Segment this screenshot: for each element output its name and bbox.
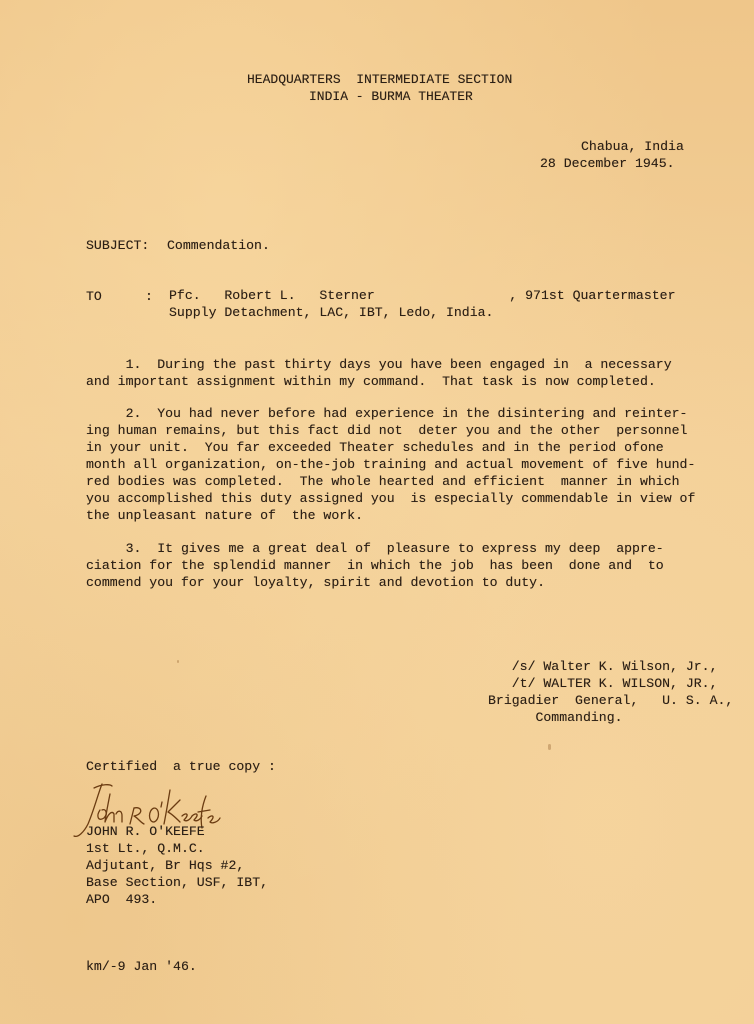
certifier-position: Adjutant, Br Hqs #2,: [86, 858, 244, 875]
certifier-apo: APO 493.: [86, 892, 157, 909]
letter-place: Chabua, India: [581, 139, 684, 156]
paragraph-3-line-2: ciation for the splendid manner in which…: [86, 558, 664, 575]
paragraph-1-line-1: 1. During the past thirty days you have …: [86, 357, 672, 374]
letterhead-line-2: INDIA - BURMA THEATER: [309, 89, 473, 106]
paragraph-2-line-5: red bodies was completed. The whole hear…: [86, 474, 680, 491]
to-address-line-2: Supply Detachment, LAC, IBT, Ledo, India…: [169, 305, 493, 322]
signature-block-line-1: /s/ Walter K. Wilson, Jr.,: [488, 659, 718, 676]
signature-block-line-2: /t/ WALTER K. WILSON, JR.,: [488, 676, 718, 693]
letter-page: HEADQUARTERS INTERMEDIATE SECTION INDIA …: [0, 0, 754, 1024]
certifier-name: JOHN R. O'KEEFE: [86, 824, 205, 841]
paragraph-1-line-2: and important assignment within my comma…: [86, 374, 656, 391]
to-colon: :: [145, 289, 153, 306]
certifier-section: Base Section, USF, IBT,: [86, 875, 268, 892]
paper-mark: [548, 744, 551, 750]
signature-block-line-4: Commanding.: [488, 710, 623, 727]
paragraph-2-line-7: the unpleasant nature of the work.: [86, 508, 363, 525]
subject-value: Commendation.: [167, 238, 270, 255]
paragraph-2-line-3: in your unit. You far exceeded Theater s…: [86, 440, 664, 457]
letter-date: 28 December 1945.: [540, 156, 675, 173]
paragraph-3-line-1: 3. It gives me a great deal of pleasure …: [86, 541, 664, 558]
paragraph-2-line-4: month all organization, on-the-job train…: [86, 457, 695, 474]
to-label: TO: [86, 289, 102, 306]
letterhead-line-1: HEADQUARTERS INTERMEDIATE SECTION: [247, 72, 512, 89]
certifier-rank: 1st Lt., Q.M.C.: [86, 841, 205, 858]
subject-label: SUBJECT:: [86, 238, 149, 255]
signature-block-line-3: Brigadier General, U. S. A.,: [488, 693, 733, 710]
certified-copy-label: Certified a true copy :: [86, 759, 276, 776]
footer-reference: km/-9 Jan '46.: [86, 959, 197, 976]
paragraph-2-line-1: 2. You had never before had experience i…: [86, 406, 687, 423]
paragraph-2-line-6: you accomplished this duty assigned you …: [86, 491, 695, 508]
to-address-line-1: Pfc. Robert L. Sterner , 971st Quarterma…: [169, 288, 675, 305]
paragraph-2-line-2: ing human remains, but this fact did not…: [86, 423, 687, 440]
paper-mark: [177, 660, 179, 663]
paragraph-3-line-3: commend you for your loyalty, spirit and…: [86, 575, 545, 592]
